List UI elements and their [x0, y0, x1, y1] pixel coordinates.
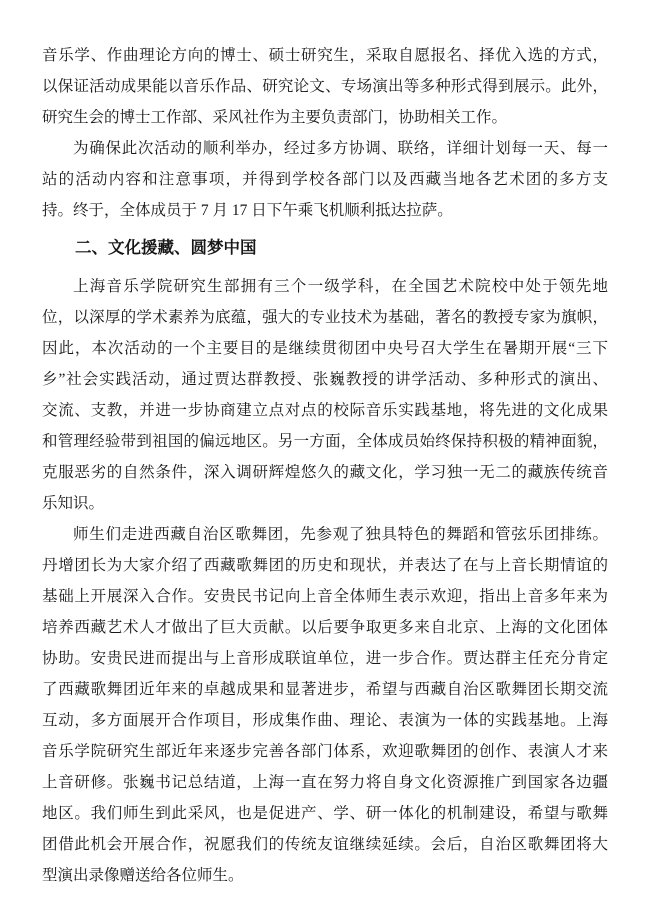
text-line: 以保证活动成果能以音乐作品、研究论文、专场演出等多种形式得到展示。此外， [42, 71, 608, 102]
text-line: 乐知识。 [42, 488, 608, 519]
text-line: 因此，本次活动的一个主要目的是继续贯彻团中央号召大学生在暑期开展“三下 [42, 333, 608, 364]
text-line: 克服恶劣的自然条件，深入调研辉煌悠久的藏文化，学习独一无二的藏族传统音 [42, 457, 608, 488]
text-line: 持。终于，全体成员于 7 月 17 日下午乘飞机顺利抵达拉萨。 [42, 195, 608, 226]
text-line: 乡”社会实践活动，通过贾达群教授、张巍教授的讲学活动、多种形式的演出、 [42, 364, 608, 395]
text-line: 交流、支教，并进一步协商建立点对点的校际音乐实践基地，将先进的文化成果 [42, 395, 608, 426]
text-line: 上海音乐学院研究生部拥有三个一级学科，在全国艺术院校中处于领先地 [42, 271, 608, 302]
text-line: 协助。安贵民进而提出与上音形成联谊单位，进一步合作。贾达群主任充分肯定 [42, 643, 608, 674]
text-line: 互动，多方面展开合作项目，形成集作曲、理论、表演为一体的实践基地。上海 [42, 705, 608, 736]
text-line: 位，以深厚的学术素养为底蕴，强大的专业技术为基础，著名的教授专家为旗帜， [42, 302, 608, 333]
text-line: 站的活动内容和注意事项，并得到学校各部门以及西藏当地各艺术团的多方支 [42, 164, 608, 195]
text-line: 培养西藏艺术人才做出了巨大贡献。以后要争取更多来自北京、上海的文化团体 [42, 612, 608, 643]
document-body: 音乐学、作曲理论方向的博士、硕士研究生，采取自愿报名、择优入选的方式，以保证活动… [42, 40, 608, 891]
text-line: 和管理经验带到祖国的偏远地区。另一方面，全体成员始终保持积极的精神面貌， [42, 426, 608, 457]
text-line: 音乐学、作曲理论方向的博士、硕士研究生，采取自愿报名、择优入选的方式， [42, 40, 608, 71]
text-line: 型演出录像赠送给各位师生。 [42, 860, 608, 891]
text-line: 为确保此次活动的顺利举办，经过多方协调、联络，详细计划每一天、每一 [42, 133, 608, 164]
text-line: 师生们走进西藏自治区歌舞团，先参观了独具特色的舞蹈和管弦乐团排练。 [42, 519, 608, 550]
text-line: 丹增团长为大家介绍了西藏歌舞团的历史和现状，并表达了在与上音长期情谊的 [42, 550, 608, 581]
document-page: 音乐学、作曲理论方向的博士、硕士研究生，采取自愿报名、择优入选的方式，以保证活动… [0, 0, 652, 923]
text-line: 研究生会的博士工作部、采风社作为主要负责部门，协助相关工作。 [42, 102, 608, 133]
text-line: 团借此机会开展合作，祝愿我们的传统友谊继续延续。会后，自治区歌舞团将大 [42, 829, 608, 860]
text-line: 地区。我们师生到此采风，也是促进产、学、研一体化的机制建设，希望与歌舞 [42, 798, 608, 829]
text-line: 音乐学院研究生部近年来逐步完善各部门体系，欢迎歌舞团的创作、表演人才来 [42, 736, 608, 767]
section-heading: 二、文化援藏、圆梦中国 [42, 233, 608, 264]
text-line: 上音研修。张巍书记总结道，上海一直在努力将自身文化资源推广到国家各边疆 [42, 767, 608, 798]
text-line: 基础上开展深入合作。安贵民书记向上音全体师生表示欢迎，指出上音多年来为 [42, 581, 608, 612]
text-line: 了西藏歌舞团近年来的卓越成果和显著进步，希望与西藏自治区歌舞团长期交流 [42, 674, 608, 705]
